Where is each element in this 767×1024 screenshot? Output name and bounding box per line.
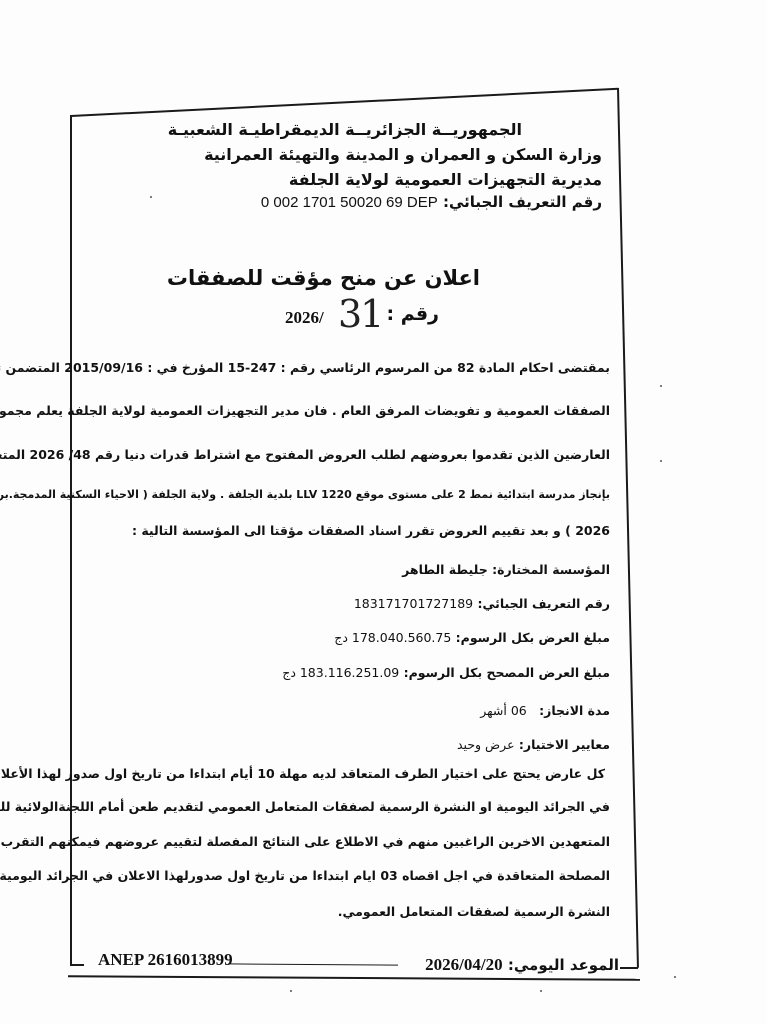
company-fiscal-id: رقم التعريف الجبائي: 183171701727189 (354, 598, 610, 611)
offer-amount: مبلغ العرض بكل الرسوم: 178.040.560.75 دج (334, 632, 610, 645)
anep-reference: ANEP 2616013899 (98, 950, 233, 970)
paragraph2-line1: كل عارض يحتج على اختيار الطرف المتعاقد ل… (0, 768, 605, 781)
scan-speck (674, 976, 676, 978)
completion-duration: مدة الانجاز: 06 أشهر (480, 705, 610, 718)
header-republic-name: الجمهوريــة الجزائريــة الديمقراطيـة الش… (168, 122, 522, 138)
corrected-offer-amount-value: 183.116.251.09 دج (282, 665, 399, 680)
announcement-number-handwritten: 31 (338, 292, 382, 336)
offer-amount-value: 178.040.560.75 دج (334, 630, 451, 645)
footer-mid-rule (228, 963, 398, 965)
daily-publication-date-value: 2026/04/20 (425, 955, 502, 974)
announcement-title: اعلان عن منح مؤقت للصفقات (167, 268, 480, 289)
company-fiscal-id-label: رقم التعريف الجبائي: (477, 596, 610, 611)
corrected-offer-amount-label: مبلغ العرض المصحح بكل الرسوم: (404, 665, 610, 680)
paragraph1-line5: 2026 ) و بعد تقييم العروض تقرر اسناد الص… (132, 525, 610, 538)
selection-criteria-label: معايير الاختيار: (519, 737, 610, 752)
scan-speck (540, 990, 542, 992)
daily-publication-date: الموعد اليومي: 2026/04/20 (425, 955, 619, 975)
scan-speck (290, 990, 292, 992)
frame-right-border (617, 88, 639, 968)
announcement-number-label: رقم : (387, 305, 440, 324)
daily-publication-date-label: الموعد اليومي: (508, 956, 619, 974)
frame-bottom-left-corner (70, 964, 84, 966)
paragraph1-line3: العارضين الذين تقدموا بعروضهم لطلب العرو… (0, 449, 610, 462)
scanned-document-page: الجمهوريــة الجزائريــة الديمقراطيـة الش… (0, 0, 767, 1024)
announcement-year: /2026 (285, 308, 324, 328)
paragraph2-line2: في الجرائد اليومية او النشرة الرسمية لصف… (0, 801, 610, 814)
paragraph1-line4: بإنجاز مدرسة ابتدائية نمط 2 على مستوى مو… (0, 489, 610, 500)
footer-underline (68, 975, 640, 980)
selected-company: المؤسسة المختارة: جليطة الطاهر (402, 564, 610, 577)
scan-speck (150, 196, 152, 198)
selection-criteria: معايير الاختيار: عرض وحيد (457, 739, 610, 752)
header-fiscal-id: رقم التعريف الجبائي: 0 002 1701 50020 69… (261, 195, 602, 210)
paragraph2-line3: المتعهدين الاخرين الراغبين منهم في الاطل… (0, 836, 610, 849)
corrected-offer-amount: مبلغ العرض المصحح بكل الرسوم: 183.116.25… (282, 667, 610, 680)
paragraph1-line1: بمقتضى احكام المادة 82 من المرسوم الرئاس… (0, 362, 610, 375)
selection-criteria-value: عرض وحيد (457, 737, 515, 752)
paragraph2-line4: المصلحة المتعاقدة في اجل اقصاه 03 ايام ا… (0, 870, 610, 883)
selected-company-value: جليطة الطاهر (402, 562, 488, 577)
header-fiscal-id-value: 0 002 1701 50020 69 DEP (261, 194, 438, 211)
frame-top-border (71, 88, 618, 117)
scan-speck (660, 460, 662, 462)
completion-duration-label: مدة الانجاز: (539, 703, 610, 718)
completion-duration-value: 06 أشهر (480, 703, 527, 718)
scan-speck (660, 385, 662, 387)
selected-company-label: المؤسسة المختارة: (492, 562, 610, 577)
header-ministry-name: وزارة السكن و العمران و المدينة والتهيئة… (204, 147, 602, 163)
offer-amount-label: مبلغ العرض بكل الرسوم: (456, 630, 610, 645)
header-directorate-name: مديرية التجهيزات العمومية لولاية الجلفة (289, 172, 602, 188)
paragraph2-line5: النشرة الرسمية لصفقات المتعامل العمومي. (338, 906, 610, 919)
frame-bottom-right-corner (620, 967, 638, 969)
header-fiscal-id-label: رقم التعريف الجبائي: (443, 193, 602, 211)
paragraph1-line2: الصفقات العمومية و تفويضات المرفق العام … (0, 405, 610, 418)
company-fiscal-id-value: 183171701727189 (354, 596, 473, 611)
